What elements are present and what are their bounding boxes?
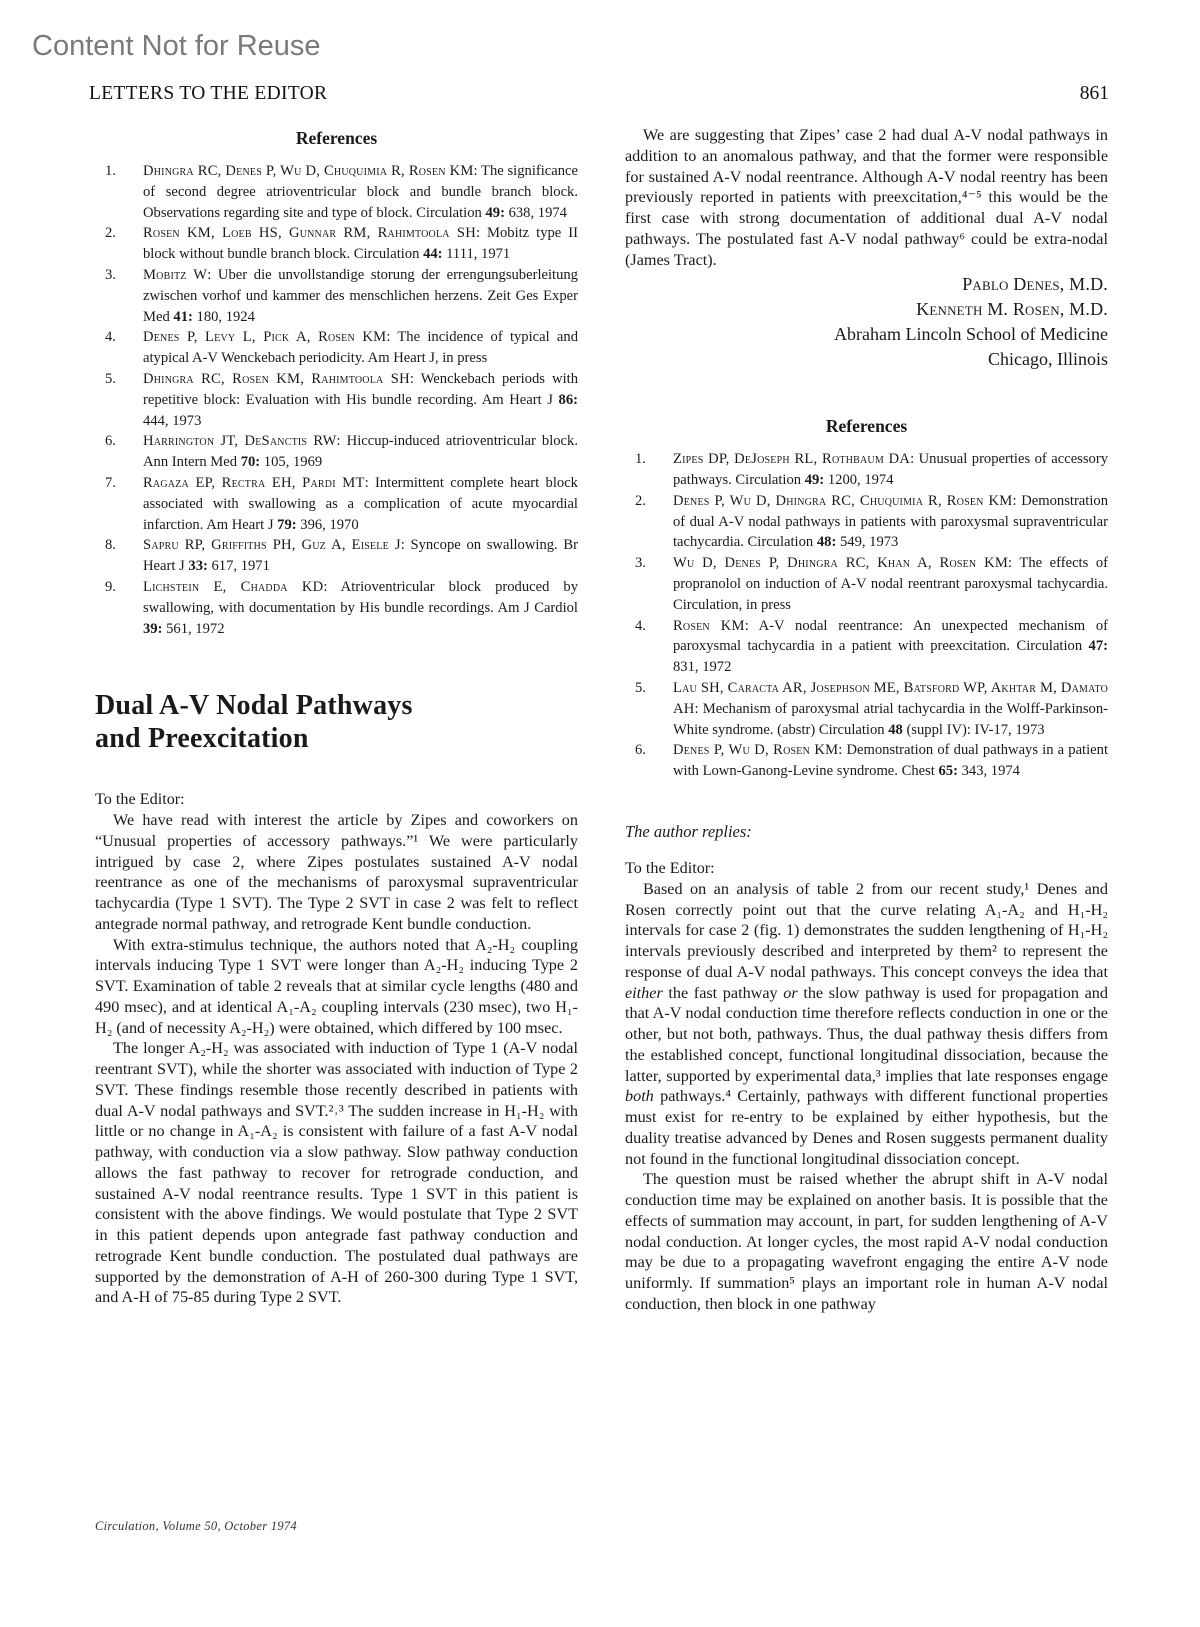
watermark: Content Not for Reuse bbox=[32, 30, 321, 63]
reference-authors: Dhingra RC, Denes P, Wu D, Chuquimia R, … bbox=[143, 163, 474, 179]
reference-authors: Lichstein E, Chadda KD bbox=[143, 579, 323, 595]
signature-author: Kenneth M. Rosen, M.D. bbox=[625, 297, 1108, 322]
left-column: References 1.Dhingra RC, Denes P, Wu D, … bbox=[95, 125, 578, 1308]
reference-authors: Zipes DP, DeJoseph RL, Rothbaum DA bbox=[673, 451, 910, 467]
reference-item: 5.Dhingra RC, Rosen KM, Rahimtoola SH: W… bbox=[95, 369, 578, 431]
reference-item: 1.Dhingra RC, Denes P, Wu D, Chuquimia R… bbox=[95, 161, 578, 223]
paragraph: With extra-stimulus technique, the autho… bbox=[95, 935, 578, 1039]
reference-authors: Denes P, Wu D, Dhingra RC, Chuquimia R, … bbox=[673, 493, 1012, 509]
reference-item: 4.Denes P, Levy L, Pick A, Rosen KM: The… bbox=[95, 327, 578, 369]
paragraph: Based on an analysis of table 2 from our… bbox=[625, 879, 1108, 1170]
reference-item: 4.Rosen KM: A-V nodal reentrance: An une… bbox=[625, 616, 1108, 678]
reference-authors: Mobitz W bbox=[143, 267, 207, 283]
paragraph: The question must be raised whether the … bbox=[625, 1169, 1108, 1314]
paragraph: The longer A₂-H₂ was associated with ind… bbox=[95, 1038, 578, 1308]
reference-list-right: 1.Zipes DP, DeJoseph RL, Rothbaum DA: Un… bbox=[625, 449, 1108, 782]
reference-authors: Rosen KM, Loeb HS, Gunnar RM, Rahimtoola… bbox=[143, 225, 476, 241]
references-heading: References bbox=[625, 416, 1108, 437]
reference-item: 3.Wu D, Denes P, Dhingra RC, Khan A, Ros… bbox=[625, 553, 1108, 615]
page-number: 861 bbox=[1080, 83, 1109, 105]
signature-location: Chicago, Illinois bbox=[625, 347, 1108, 372]
paragraph: We have read with interest the article b… bbox=[95, 810, 578, 935]
reference-item: 6.Denes P, Wu D, Rosen KM: Demonstration… bbox=[625, 740, 1108, 782]
reference-authors: Rosen KM bbox=[673, 618, 745, 634]
reference-authors: Dhingra RC, Rosen KM, Rahimtoola SH bbox=[143, 371, 410, 387]
letter-body-continued: We are suggesting that Zipes’ case 2 had… bbox=[625, 125, 1108, 270]
right-column: We are suggesting that Zipes’ case 2 had… bbox=[625, 125, 1108, 1315]
reference-list-left: 1.Dhingra RC, Denes P, Wu D, Chuquimia R… bbox=[95, 161, 578, 639]
reference-authors: Harrington JT, DeSanctis RW bbox=[143, 433, 337, 449]
reference-item: 9.Lichstein E, Chadda KD: Atrioventricul… bbox=[95, 577, 578, 639]
letter-body: To the Editor: We have read with interes… bbox=[95, 789, 578, 1308]
running-head: LETTERS TO THE EDITOR bbox=[89, 83, 327, 105]
salutation: To the Editor: bbox=[625, 858, 1108, 879]
reference-item: 2.Rosen KM, Loeb HS, Gunnar RM, Rahimtoo… bbox=[95, 223, 578, 265]
reference-item: 3.Mobitz W: Uber die unvollstandige stor… bbox=[95, 265, 578, 327]
footer-citation: Circulation, Volume 50, October 1974 bbox=[95, 1519, 297, 1534]
article-title: Dual A-V Nodal Pathways and Preexcitatio… bbox=[95, 689, 578, 755]
paragraph: We are suggesting that Zipes’ case 2 had… bbox=[625, 125, 1108, 270]
reference-item: 8.Sapru RP, Griffiths PH, Guz A, Eisele … bbox=[95, 535, 578, 577]
reference-item: 1.Zipes DP, DeJoseph RL, Rothbaum DA: Un… bbox=[625, 449, 1108, 491]
references-heading: References bbox=[95, 128, 578, 149]
reply-body: To the Editor: Based on an analysis of t… bbox=[625, 858, 1108, 1315]
signature-block: Pablo Denes, M.D. Kenneth M. Rosen, M.D.… bbox=[625, 272, 1108, 372]
signature-institution: Abraham Lincoln School of Medicine bbox=[625, 322, 1108, 347]
reference-authors: Ragaza EP, Rectra EH, Pardi MT bbox=[143, 475, 365, 491]
reference-authors: Sapru RP, Griffiths PH, Guz A, Eisele J bbox=[143, 537, 401, 553]
salutation: To the Editor: bbox=[95, 789, 578, 810]
reply-heading: The author replies: bbox=[625, 822, 1108, 842]
reference-item: 6.Harrington JT, DeSanctis RW: Hiccup-in… bbox=[95, 431, 578, 473]
reference-authors: Wu D, Denes P, Dhingra RC, Khan A, Rosen… bbox=[673, 555, 1008, 571]
reference-item: 2.Denes P, Wu D, Dhingra RC, Chuquimia R… bbox=[625, 491, 1108, 553]
reference-authors: Denes P, Wu D, Rosen KM bbox=[673, 742, 838, 758]
reference-item: 7.Ragaza EP, Rectra EH, Pardi MT: Interm… bbox=[95, 473, 578, 535]
signature-author: Pablo Denes, M.D. bbox=[625, 272, 1108, 297]
reference-item: 5.Lau SH, Caracta AR, Josephson ME, Bats… bbox=[625, 678, 1108, 740]
reference-authors: Denes P, Levy L, Pick A, Rosen KM bbox=[143, 329, 386, 345]
